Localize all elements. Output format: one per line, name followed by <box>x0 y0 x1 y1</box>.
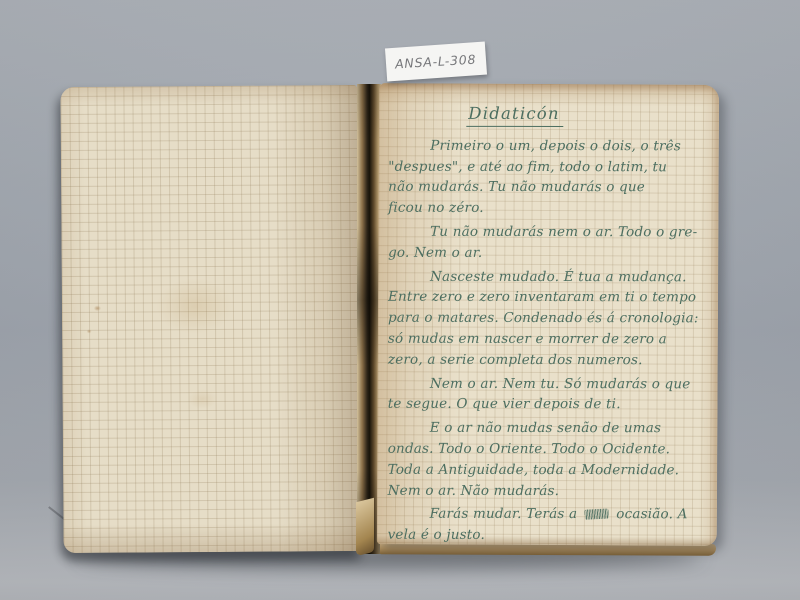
manuscript-title-row: Didaticón <box>388 104 708 127</box>
right-page-manuscript: Didaticón Primeiro o um, depois o dois, … <box>377 83 719 546</box>
handwritten-text: Didaticón Primeiro o um, depois o dois, … <box>388 104 709 546</box>
manuscript-lines: Primeiro o um, depois o dois, o três"des… <box>388 136 709 547</box>
manuscript-line: Nasceste mudado. É tua a mudança. <box>388 266 708 287</box>
scribbled-out-word <box>585 509 609 520</box>
manuscript-line: Tu não mudarás nem o ar. Todo o gre- <box>388 222 708 243</box>
cover-corner <box>356 498 374 556</box>
manuscript-line: Primeiro o um, depois o dois, o três <box>388 136 708 157</box>
manuscript-line: vela é o justo. <box>388 525 708 546</box>
manuscript-line: ficou no zéro. <box>388 198 708 219</box>
manuscript-line: Entre zero e zero inventaram em ti o tem… <box>388 287 708 308</box>
manuscript-line: para o matares. Condenado és á cronologi… <box>388 308 708 329</box>
manuscript-line: só mudas em nascer e morrer de zero a <box>388 329 708 350</box>
page-stain <box>93 305 102 312</box>
manuscript-line: ondas. Todo o Oriente. Todo o Ocidente. <box>388 439 708 460</box>
manuscript-line: Nem o ar. Não mudarás. <box>388 480 708 501</box>
manuscript-line: E o ar não mudas senão de umas <box>388 418 708 439</box>
photograph-of-open-notebook: Didaticón Primeiro o um, depois o dois, … <box>0 0 800 600</box>
archive-label-text: ANSA-L-308 <box>395 52 477 72</box>
manuscript-line: te segue. O que vier depois de ti. <box>388 394 708 415</box>
manuscript-line: não mudarás. Tu não mudarás o que <box>388 177 708 198</box>
manuscript-line: "despues", e até ao fim, todo o latim, t… <box>388 156 708 177</box>
manuscript-line: zero, a serie completa dos numeros. <box>388 349 708 370</box>
manuscript-line: Farás mudar. Terás a ocasião. A <box>388 504 708 525</box>
manuscript-line: Nem o ar. Nem tu. Só mudarás o que <box>388 373 708 394</box>
manuscript-title: Didaticón <box>466 104 563 127</box>
left-page-blank-squared <box>60 85 360 553</box>
archive-label-slip: ANSA-L-308 <box>385 42 487 82</box>
manuscript-line: go. Nem o ar. <box>388 243 708 264</box>
manuscript-line: Toda a Antiguidade, toda a Modernidade. <box>388 459 708 480</box>
page-stain <box>182 386 222 412</box>
page-stain <box>140 266 251 347</box>
page-stain <box>86 329 92 334</box>
